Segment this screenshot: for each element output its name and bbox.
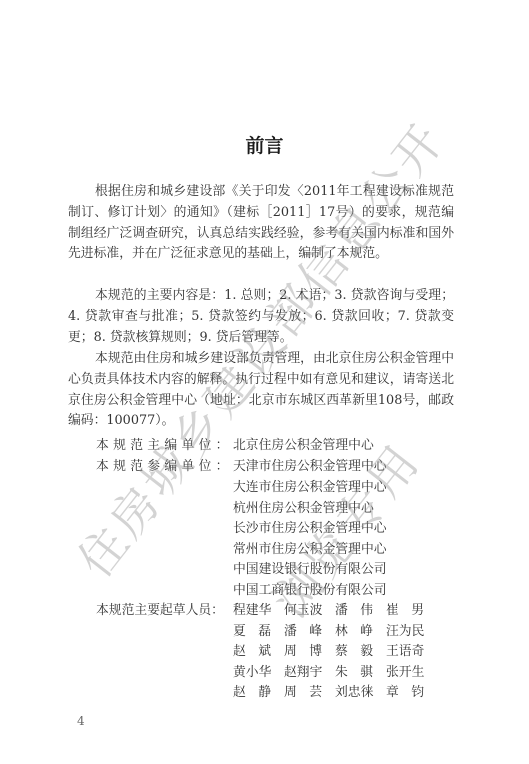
participating-editor-item: 杭州住房公积金管理中心 (233, 499, 374, 520)
participating-editors-label: 本规范参编单位： (96, 457, 233, 478)
drafters-list: 程建华 何玉波 潘伟 崔男 夏磊 潘峰 林峥 汪为民 赵斌 周博 蔡毅 王语奇 … (233, 601, 437, 704)
drafter-name: 汪为民 (386, 622, 424, 643)
drafters-label: 本规范主要起草人员： (96, 601, 224, 622)
drafter-name: 赵翔宇 (284, 663, 322, 684)
page-number: 4 (77, 714, 85, 728)
drafter-name: 周博 (284, 642, 322, 663)
participating-editor-item: 常州市住房公积金管理中心 (233, 540, 387, 561)
drafter-name: 林峥 (335, 622, 373, 643)
participating-editor-item: 中国建设银行股份有限公司 (233, 560, 387, 581)
drafter-name: 蔡毅 (335, 642, 373, 663)
drafters-name-row: 赵静 周芸 刘忠徕 章钧 (233, 683, 437, 704)
drafter-name: 夏磊 (233, 622, 271, 643)
title-char-2: 言 (265, 135, 314, 157)
drafter-name: 朱骐 (335, 663, 373, 684)
drafter-name: 何玉波 (284, 601, 322, 622)
drafter-name: 周芸 (284, 683, 322, 704)
drafter-name: 赵静 (233, 683, 271, 704)
drafter-name: 刘忠徕 (335, 683, 373, 704)
participating-editor-item: 中国工商银行股份有限公司 (233, 581, 387, 602)
drafter-name: 崔男 (386, 601, 424, 622)
drafter-name: 张开生 (386, 663, 424, 684)
drafters-name-row: 赵斌 周博 蔡毅 王语奇 (233, 642, 437, 663)
drafters-name-row: 夏磊 潘峰 林峥 汪为民 (233, 622, 437, 643)
paragraph-management: 本规范由住房和城乡建设部负责管理，由北京住房公积金管理中心负责具体技术内容的解释… (68, 349, 454, 432)
participating-editor-item: 天津市住房公积金管理中心 (233, 457, 387, 478)
participating-editor-item: 大连市住房公积金管理中心 (233, 478, 387, 499)
paragraph-contents: 本规范的主要内容是：1. 总则；2. 术语；3. 贷款咨询与受理；4. 贷款审查… (68, 286, 454, 348)
page-title: 前言 (0, 131, 529, 158)
chief-editor-label: 本规范主编单位： (96, 436, 233, 457)
drafters-name-row: 黄小华 赵翔宇 朱骐 张开生 (233, 663, 437, 684)
document-page: 前言 根据住房和城乡建设部《关于印发〈2011年工程建设标准规范制订、修订计划〉… (0, 0, 529, 764)
chief-editor-value: 北京住房公积金管理中心 (233, 436, 374, 457)
drafters-name-row: 程建华 何玉波 潘伟 崔男 (233, 601, 437, 622)
drafter-name: 潘伟 (335, 601, 373, 622)
drafter-name: 赵斌 (233, 642, 271, 663)
drafter-name: 程建华 (233, 601, 271, 622)
drafter-name: 黄小华 (233, 663, 271, 684)
paragraph-background: 根据住房和城乡建设部《关于印发〈2011年工程建设标准规范制订、修订计划〉的通知… (68, 182, 454, 265)
participating-editor-item: 长沙市住房公积金管理中心 (233, 519, 387, 540)
drafter-name: 潘峰 (284, 622, 322, 643)
drafter-name: 王语奇 (386, 642, 424, 663)
drafter-name: 章钧 (386, 683, 424, 704)
